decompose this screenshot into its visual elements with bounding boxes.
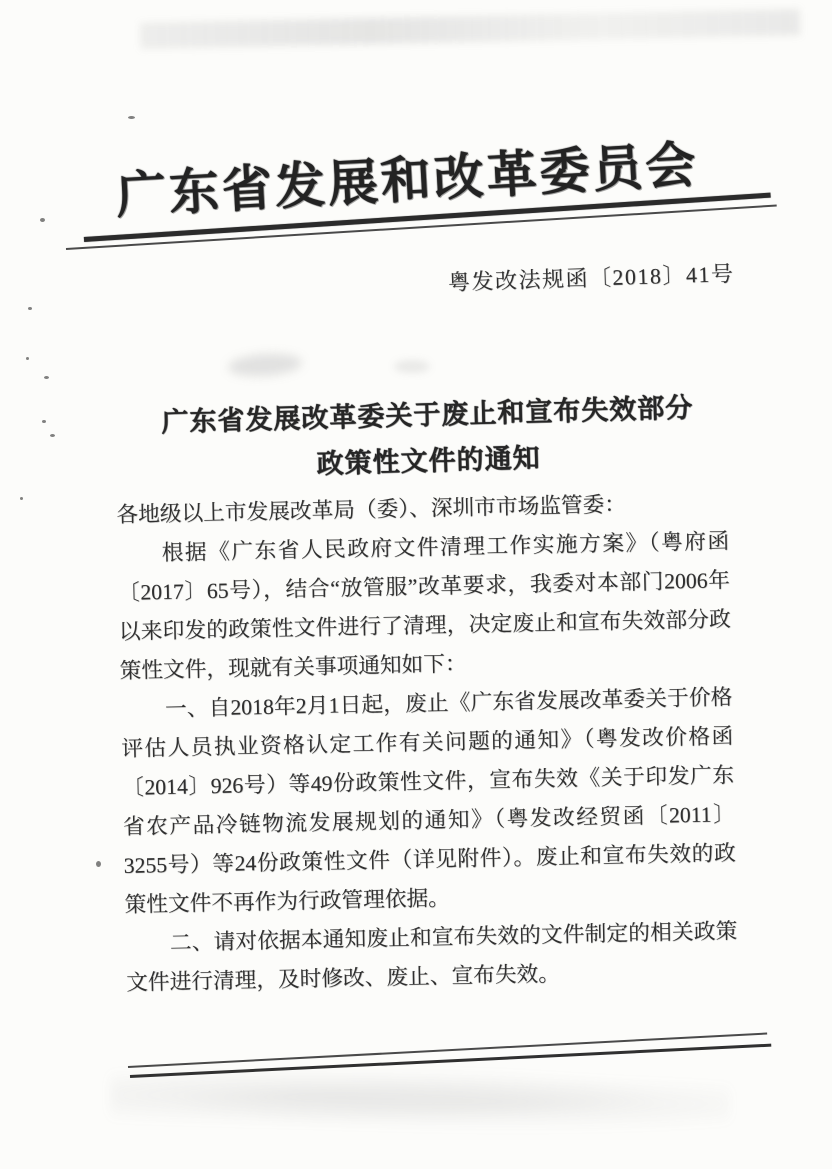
- scan-speck: [44, 376, 49, 379]
- scan-speck: [128, 116, 135, 119]
- scan-speck: [42, 420, 46, 423]
- scan-smudge: [394, 360, 430, 373]
- scan-smudge: [227, 351, 302, 378]
- agency-letterhead: 广东省发展和改革委员会: [114, 125, 700, 228]
- scan-artifact-top-band: [140, 9, 800, 49]
- document-number: 粤发改法规函〔2018〕41号: [448, 257, 735, 297]
- scan-speck: [40, 218, 45, 222]
- scan-speck: [20, 497, 23, 500]
- scan-speck: [26, 357, 29, 360]
- scan-speck: [50, 434, 55, 437]
- scan-speck: [28, 307, 32, 310]
- scanned-document-page: 广东省发展和改革委员会 粤发改法规函〔2018〕41号 广东省发展改革委关于废止…: [0, 0, 832, 1169]
- paragraph-item-two: 二、请对依据本通知废止和宣布失效的文件制定的相关政策文件进行清理，及时修改、废止…: [125, 912, 738, 1003]
- scan-artifact-bottom-mottle: [110, 1072, 730, 1130]
- paragraph-item-one: 一、自2018年2月1日起，废止《广东省发展改革委关于价格评估人员执业资格认定工…: [120, 678, 737, 925]
- notice-title: 广东省发展改革委关于废止和宣布失效部分 政策性文件的通知: [127, 384, 729, 493]
- scan-speck: [96, 861, 101, 867]
- paragraph-basis: 根据《广东省人民政府文件清理工作实施方案》（粤府函〔2017〕65号），结合“放…: [117, 522, 732, 691]
- notice-body: 各地级以上市发展改革局（委）、深圳市市场监管委： 根据《广东省人民政府文件清理工…: [116, 483, 738, 1003]
